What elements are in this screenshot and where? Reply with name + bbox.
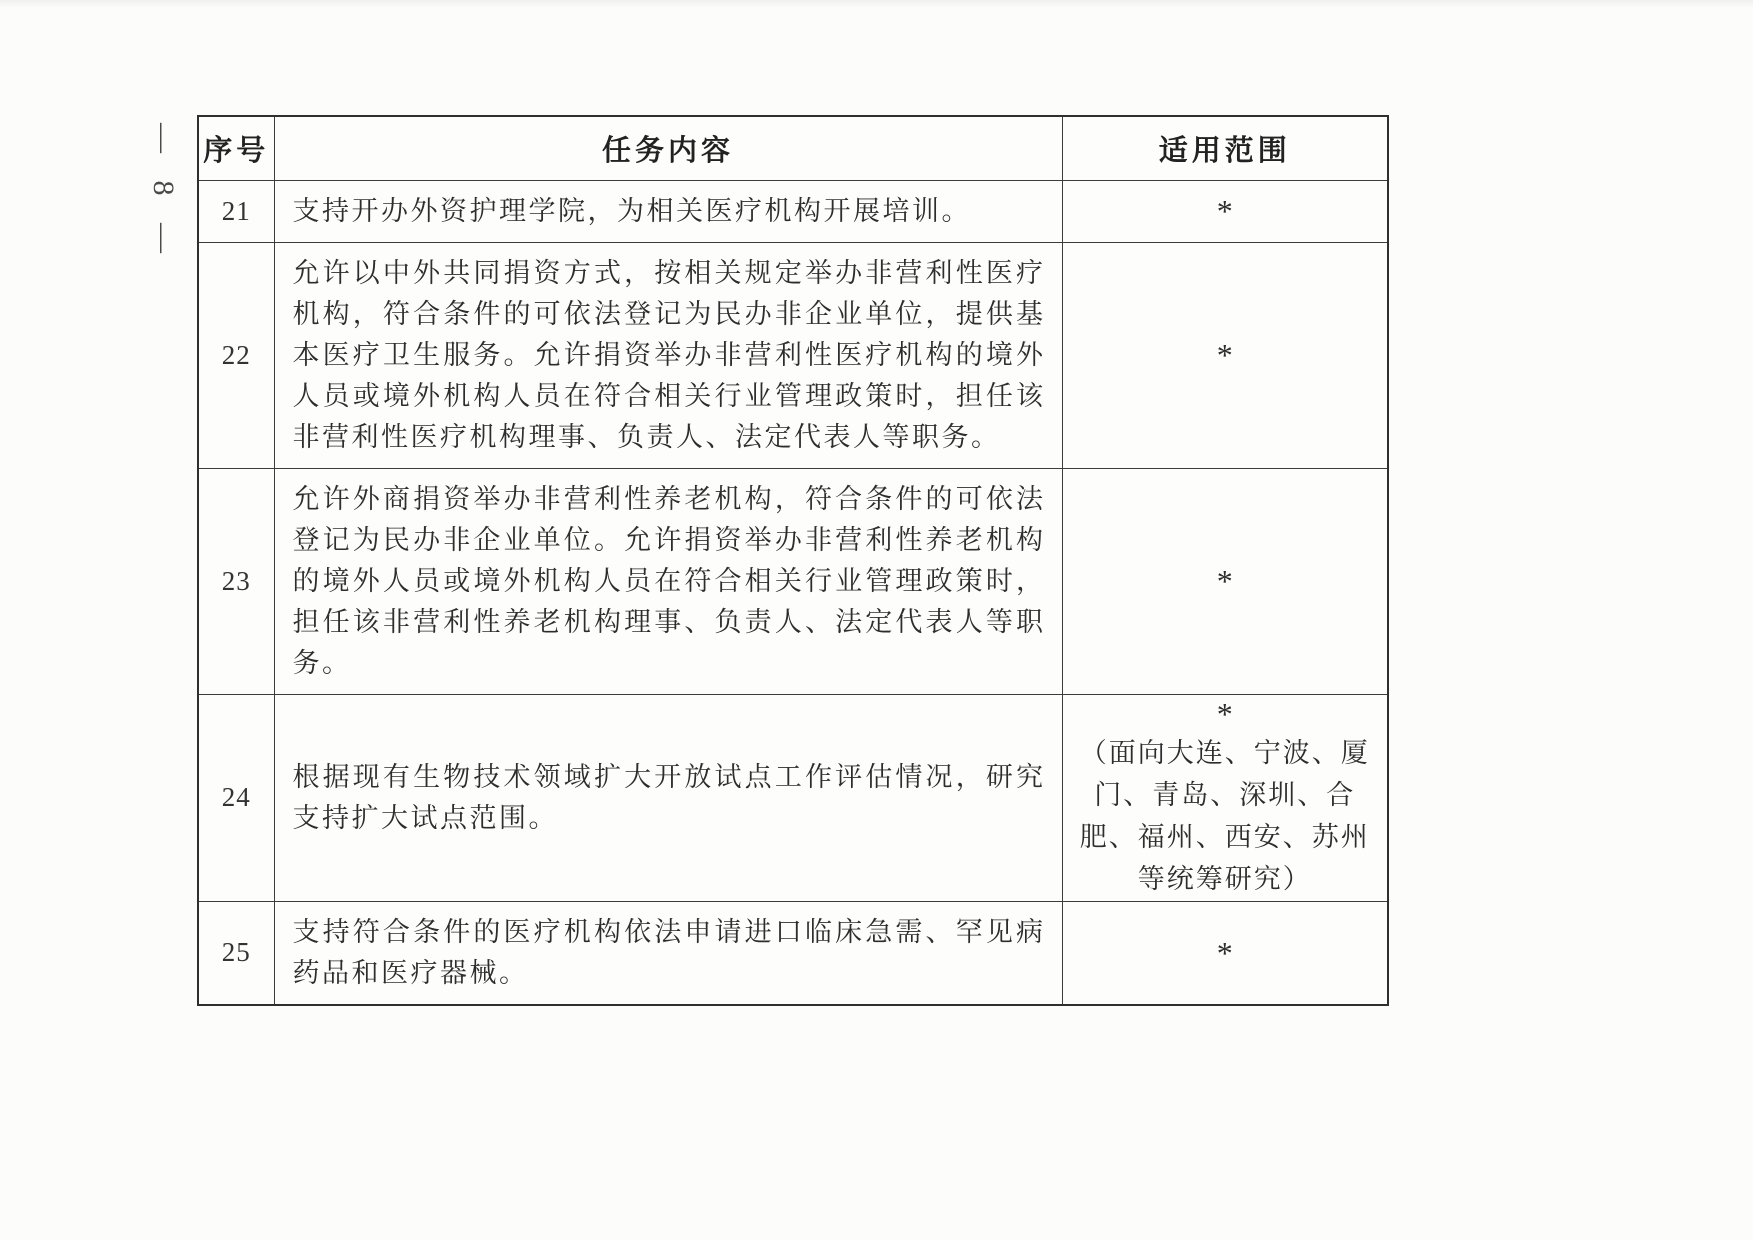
header-cell-task: 任务内容 — [274, 116, 1062, 180]
row-index: 25 — [198, 901, 274, 1005]
row-index: 23 — [198, 468, 274, 694]
row-scope: * — [1062, 468, 1388, 694]
scope-asterisk: * — [1064, 563, 1387, 599]
table-row: 23 允许外商捐资举办非营利性养老机构，符合条件的可依法登记为民办非企业单位。允… — [198, 468, 1388, 694]
row-scope: * — [1062, 901, 1388, 1005]
page-number-text: — 8 — — [146, 123, 180, 263]
row-index: 21 — [198, 180, 274, 242]
scope-asterisk: * — [1064, 935, 1387, 971]
scope-asterisk: * — [1064, 337, 1387, 373]
table-row: 25 支持符合条件的医疗机构依法申请进口临床急需、罕见病药品和医疗器械。 * — [198, 901, 1388, 1005]
task-table: 序号 任务内容 适用范围 21 支持开办外资护理学院，为相关医疗机构开展培训。 … — [197, 115, 1389, 1006]
header-cell-scope: 适用范围 — [1062, 116, 1388, 180]
scanned-document-page: — 8 — 序号 任务内容 适用范围 21 支持开办外资护理学院，为相关医疗机构… — [0, 0, 1753, 1240]
row-task-text: 根据现有生物技术领域扩大开放试点工作评估情况，研究支持扩大试点范围。 — [274, 694, 1062, 901]
row-index: 24 — [198, 694, 274, 901]
row-task-text: 支持符合条件的医疗机构依法申请进口临床急需、罕见病药品和医疗器械。 — [274, 901, 1062, 1005]
row-scope: * — [1062, 242, 1388, 468]
row-task-text: 允许以中外共同捐资方式，按相关规定举办非营利性医疗机构，符合条件的可依法登记为民… — [274, 242, 1062, 468]
row-task-text: 支持开办外资护理学院，为相关医疗机构开展培训。 — [274, 180, 1062, 242]
table-header-row: 序号 任务内容 适用范围 — [198, 116, 1388, 180]
table-row: 24 根据现有生物技术领域扩大开放试点工作评估情况，研究支持扩大试点范围。 * … — [198, 694, 1388, 901]
row-task-text: 允许外商捐资举办非营利性养老机构，符合条件的可依法登记为民办非企业单位。允许捐资… — [274, 468, 1062, 694]
table-row: 22 允许以中外共同捐资方式，按相关规定举办非营利性医疗机构，符合条件的可依法登… — [198, 242, 1388, 468]
row-index: 22 — [198, 242, 274, 468]
header-cell-index: 序号 — [198, 116, 274, 180]
table-row: 21 支持开办外资护理学院，为相关医疗机构开展培训。 * — [198, 180, 1388, 242]
scope-asterisk: * — [1064, 193, 1387, 229]
scope-note-text: （面向大连、宁波、厦门、青岛、深圳、合肥、福州、西安、苏州等统筹研究） — [1064, 732, 1387, 900]
scope-asterisk: * — [1064, 696, 1387, 732]
row-scope: * （面向大连、宁波、厦门、青岛、深圳、合肥、福州、西安、苏州等统筹研究） — [1062, 694, 1388, 901]
row-scope: * — [1062, 180, 1388, 242]
